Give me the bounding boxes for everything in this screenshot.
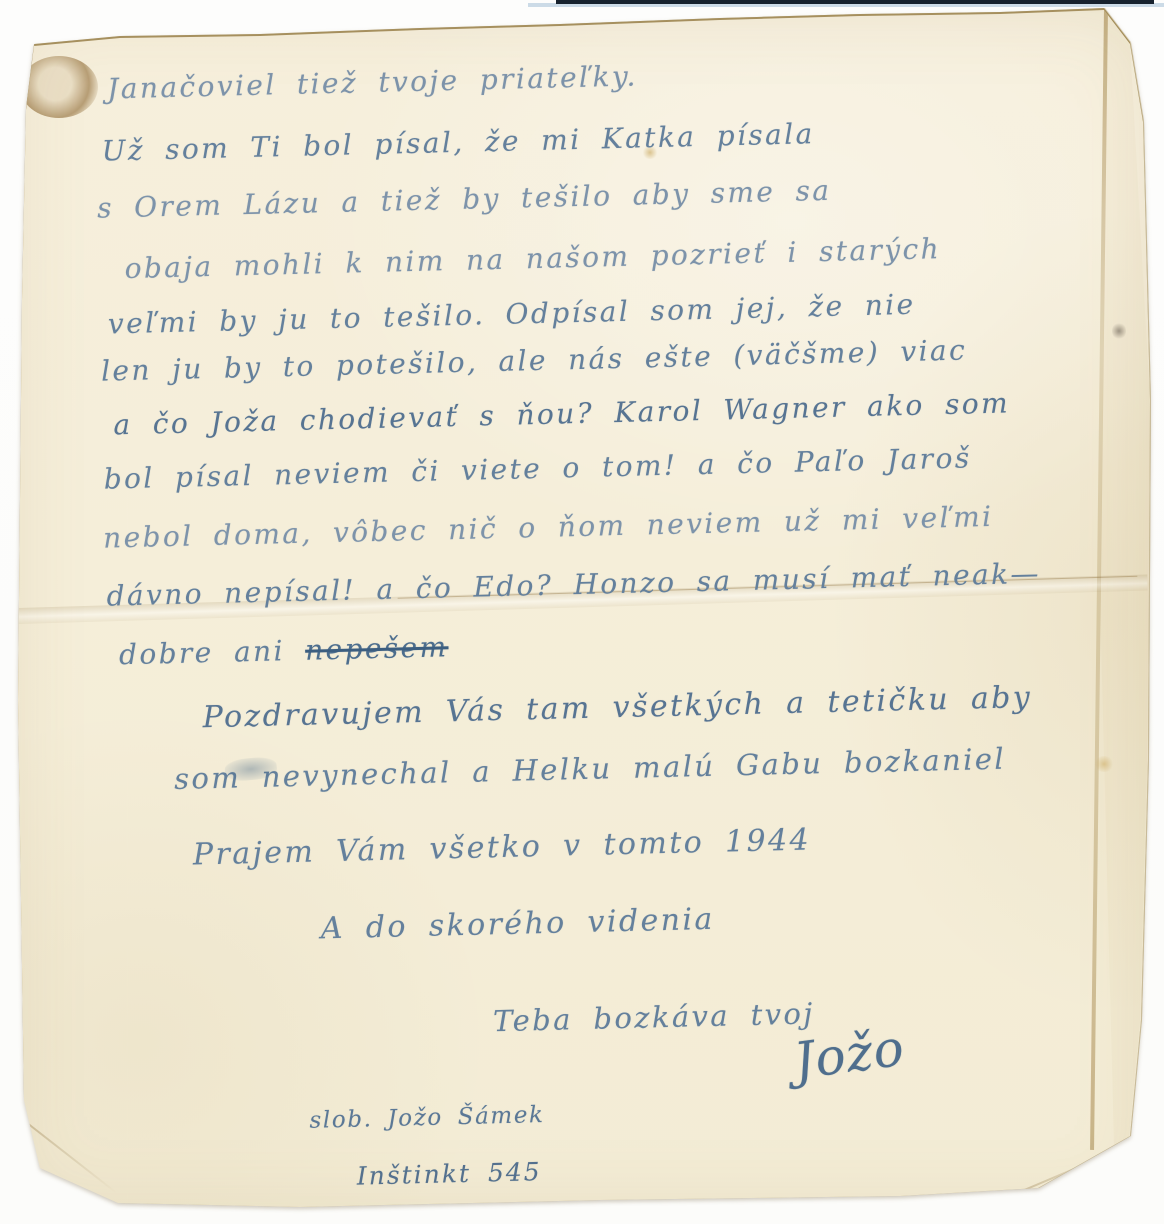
letter-paper-shadow: Janačoviel tiež tvoje priateľky. Už som …: [0, 0, 1164, 1224]
bottom-right-fold-shade: [0, 0, 1164, 1224]
signature: Jožo: [791, 1019, 908, 1091]
corner-stain: [20, 56, 98, 118]
letter-line: Teba bozkáva tvoj: [493, 996, 815, 1038]
letter-line: bol písal neviem či viete o tom! a čo Pa…: [103, 441, 972, 495]
letter-line: len ju by to potešilo, ale nás ešte (väč…: [101, 333, 968, 387]
letter-line-with-strikethrough: dobre ani nepešem: [119, 630, 449, 671]
ink-smudge: [224, 756, 278, 783]
bottom-left-crease: [21, 1118, 117, 1193]
paper-right-fold-flap: [0, 0, 1164, 1224]
letter-line: Pozdravujem Vás tam všetkých a tetičku a…: [202, 680, 1032, 735]
letter-line: som nevynechal a Helku malú Gabu bozkani…: [174, 742, 1007, 796]
horizontal-fold-crease: [18, 574, 1148, 624]
letter-line: dávno nepísal! a čo Edo? Honzo sa musí m…: [106, 557, 1041, 613]
letter-line: nebol doma, vôbec nič o ňom neviem už mi…: [103, 500, 994, 555]
sender-name-line: slob. Jožo Šámek: [309, 1102, 545, 1134]
letter-line: veľmi by ju to tešilo. Odpísal som jej, …: [108, 288, 916, 341]
letter-line-text: dobre ani: [119, 634, 306, 672]
letter-line: Už som Ti bol písal, že mi Katka písala: [101, 117, 815, 167]
vertical-fold-line: [1090, 8, 1108, 1150]
sender-address-line: Inštinkt 545: [356, 1157, 541, 1191]
letter-paper: Janačoviel tiež tvoje priateľky. Už som …: [0, 0, 1164, 1224]
scan-background: Janačoviel tiež tvoje priateľky. Už som …: [0, 0, 1164, 1224]
letter-line: Janačoviel tiež tvoje priateľky.: [107, 59, 638, 105]
paper-spot: [1094, 756, 1114, 772]
crossed-out-word: nepešem: [305, 630, 449, 666]
letter-body: Janačoviel tiež tvoje priateľky. Už som …: [0, 0, 1164, 1224]
letter-line: Prajem Vám všetko v tomto 1944: [193, 822, 812, 872]
paper-spot: [642, 146, 658, 159]
letter-line: obaja mohli k nim na našom pozrieť i sta…: [124, 232, 941, 285]
paper-spot: [1112, 322, 1126, 340]
letter-line: a čo Joža chodievať s ňou? Karol Wagner …: [113, 386, 1010, 441]
letter-line: s Orem Lázu a tiež by tešilo aby sme sa: [97, 174, 832, 225]
bottom-right-crease: [1022, 1131, 1161, 1191]
letter-line: A do skorého videnia: [320, 902, 715, 947]
